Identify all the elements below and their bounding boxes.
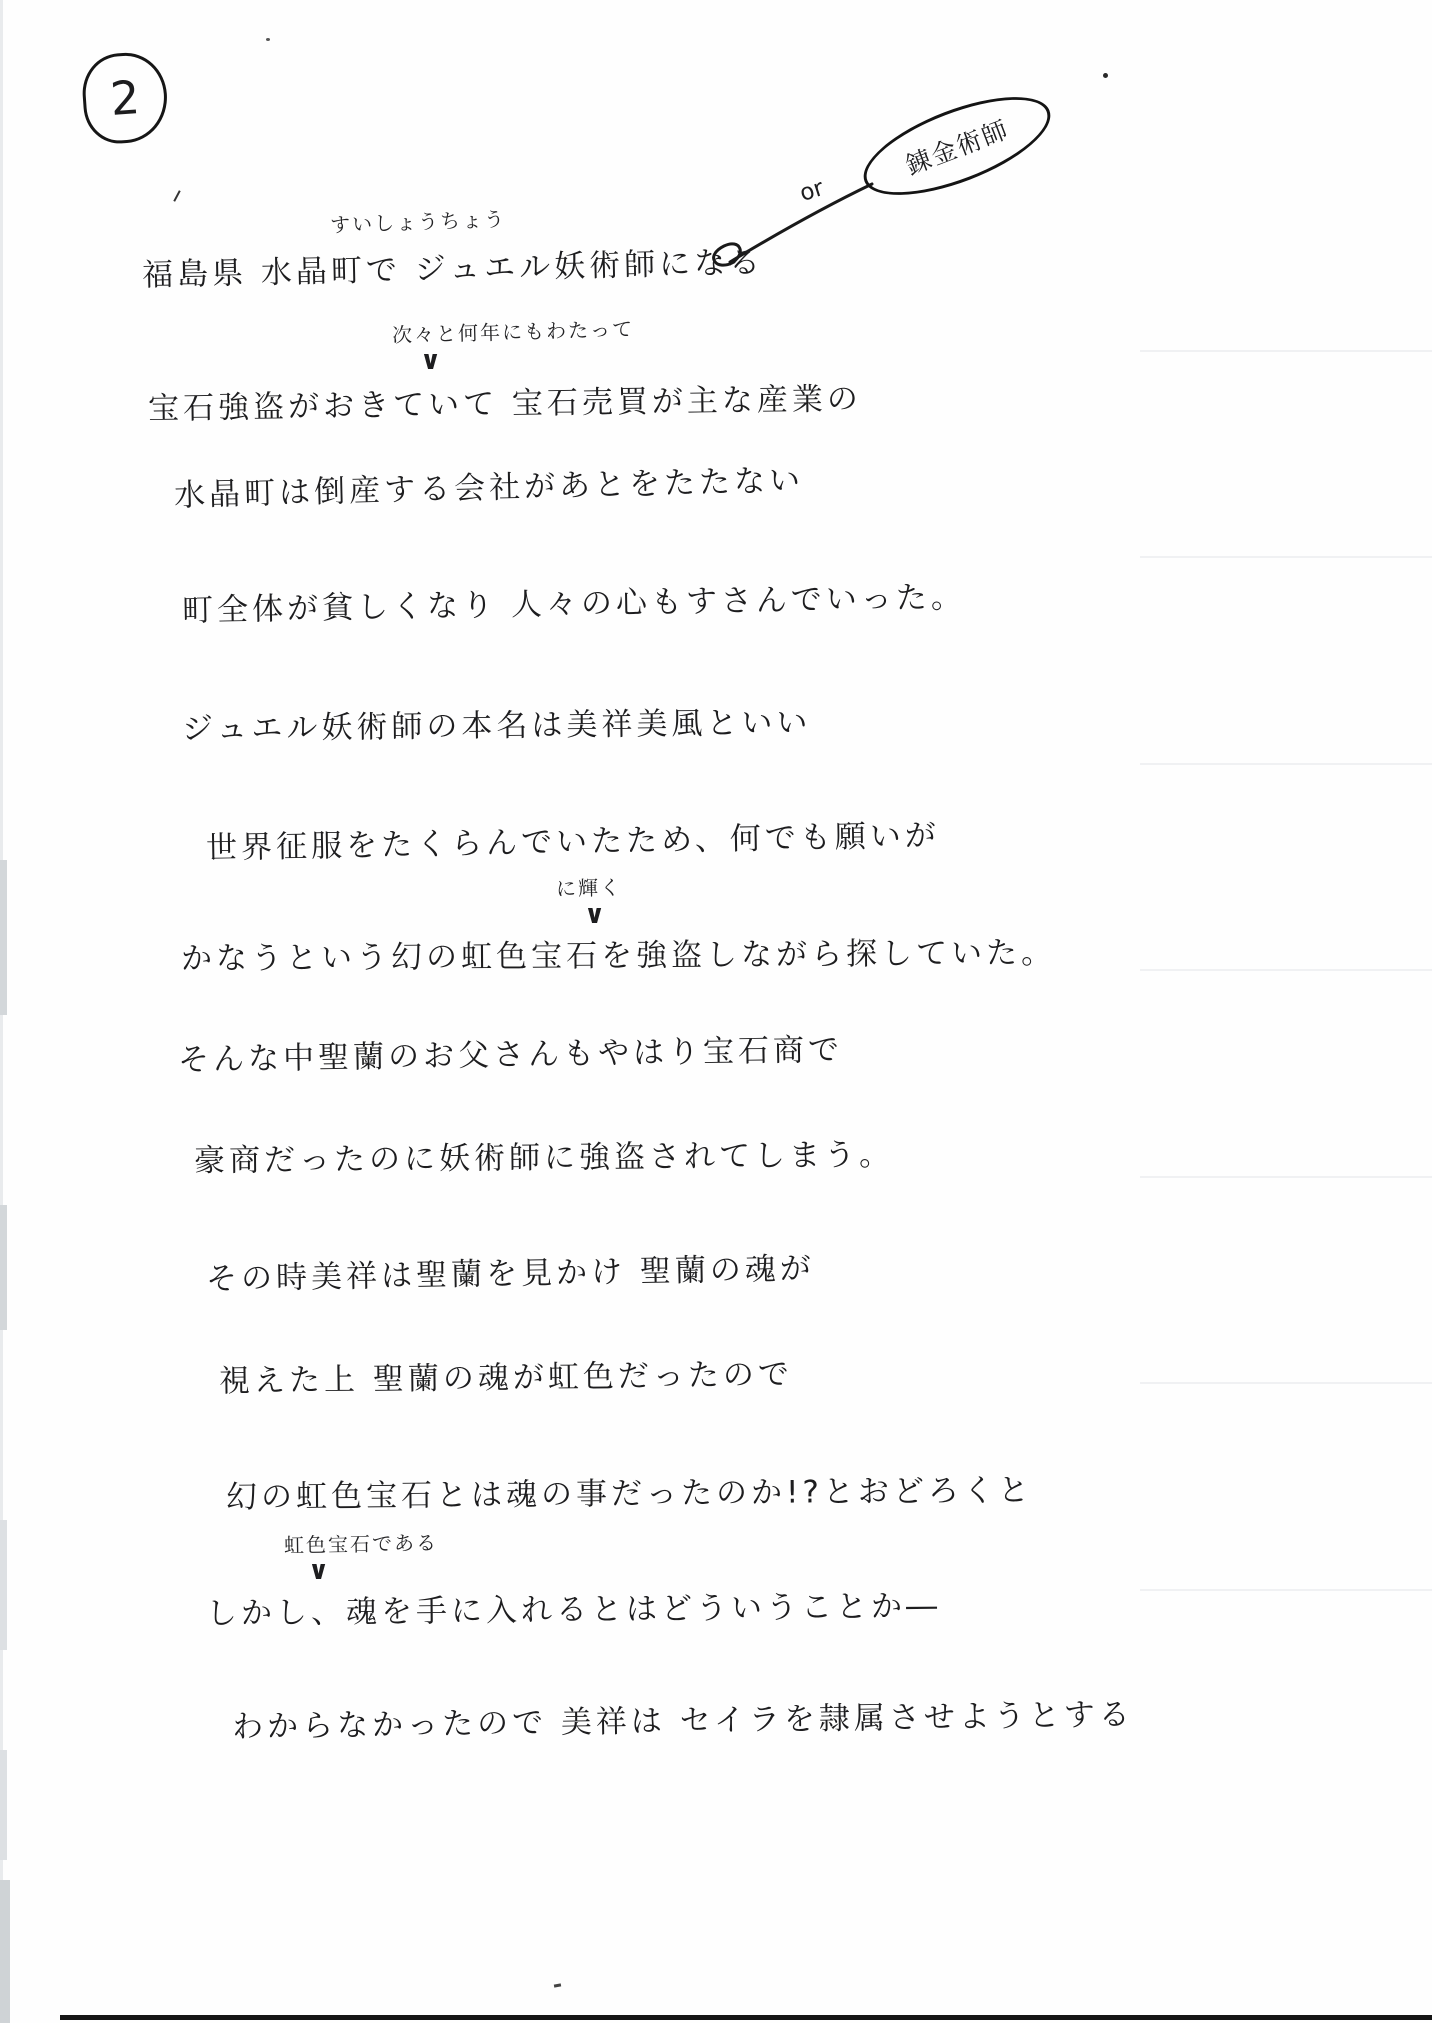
text-line-6: 世界征服をたくらんでいたため、何でも願いが [206,810,940,868]
ink-speck [266,38,270,41]
insertion-line-7: に輝く [556,871,622,901]
text-line-14: わからなかったので 美祥は セイラを隷属させようとする [232,1689,1134,1747]
text-line-2: 宝石強盗がおきていて 宝石売買が主な産業の [148,373,862,428]
text-line-8: そんな中聖蘭のお父さんもやはり宝石商で [178,1024,844,1079]
scan-artifact-left-seg [0,1750,7,1860]
text-line-5: ジュエル妖術師の本名は美祥美風といい [182,697,812,749]
ink-tick [173,190,180,202]
annotation-circled-text: 錬金術師 [852,77,1063,215]
text-line-4: 町全体が貧しくなり 人々の心もすさんでいった。 [182,571,967,630]
scan-artifact-ruled-line [1140,763,1432,765]
text-line-11: 視えた上 聖蘭の魂が虹色だったので [219,1348,793,1400]
scan-artifact-ruled-line [1140,1176,1432,1178]
annotation-circled-label: 錬金術師 [900,110,1014,182]
scan-artifact-ruled-line [1140,556,1432,558]
scan-artifact-left-seg [0,1205,7,1330]
text-line-13: しかし、魂を手に入れるとはどういうことか― [206,1580,941,1633]
scan-artifact-ruled-line [1140,1589,1432,1591]
page-number: 2 [109,70,142,126]
text-line-7: かなうという幻の虹色宝石を強盗しながら探していた。 [181,927,1056,978]
text-line-9: 豪商だったのに妖術師に強盗されてしまう。 [194,1129,894,1180]
scan-artifact-left-seg [0,1520,7,1650]
notebook-page: 2 or 錬金術師 すいしょうちょう 福島県 水晶町で ジュエル妖術師になる 次… [0,0,1432,2023]
insertion-line-2: 次々と何年にもわたって [392,313,635,348]
text-line-3: 水晶町は倒産する会社があとをたたない [174,454,805,514]
scan-artifact-corner [0,1880,10,2023]
page-number-circle: 2 [80,50,170,146]
ink-speck [554,1983,561,1987]
text-line-12: 幻の虹色宝石とは魂の事だったのか!?とおどろくと [226,1464,1033,1516]
furigana-line-1: すいしょうちょう [330,203,507,238]
scan-artifact-ruled-line [1140,1382,1432,1384]
scan-artifact-ruled-line [1140,350,1432,352]
insertion-caret: ∨ [308,1556,329,1586]
insertion-caret: ∨ [420,346,441,376]
insertion-caret: ∨ [584,900,605,930]
scan-artifact-bottom-line [60,2015,1432,2020]
ink-speck [1103,73,1108,78]
scan-artifact-ruled-line [1140,969,1432,971]
scan-artifact-left-seg [0,860,7,1015]
text-line-1: 福島県 水晶町で ジュエル妖術師になる [142,236,765,294]
insertion-line-13: 虹色宝石である [284,1527,438,1559]
text-line-10: その時美祥は聖蘭を見かけ 聖蘭の魂が [206,1243,816,1299]
